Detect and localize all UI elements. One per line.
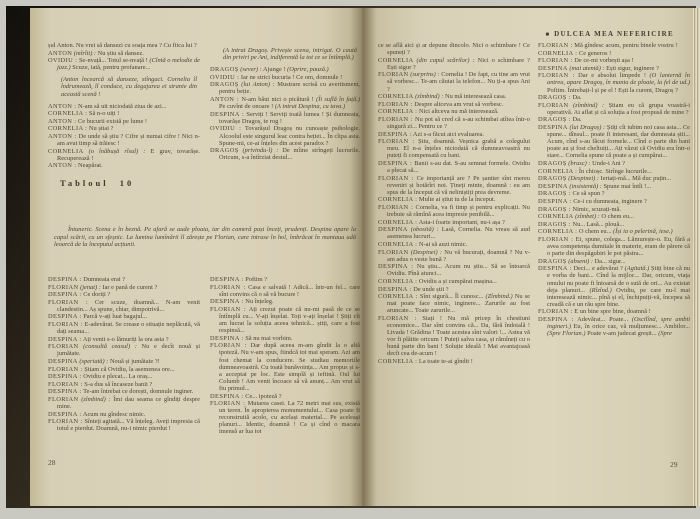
dialogue-line: DESPINA : Nu știu... Acum nu știu... Să … — [378, 263, 530, 277]
dialogue-line: FLORIAN : E-adevărat. Se crease o situaț… — [48, 321, 200, 335]
dialogue-line: DESPINA : Poftim ? — [210, 276, 360, 283]
dialogue-line: FLORIAN : De ce-mi vorbești așa ! — [538, 57, 690, 64]
dialogue-text: Iar e pană de curent ? — [101, 284, 157, 291]
dialogue-text: Scuze, iată, pentru profanare... — [71, 64, 151, 71]
dialogue-text: Da. — [571, 94, 582, 101]
speaker-name: DRAGOȘ — [210, 147, 239, 154]
speaker-name: DESPINA : — [378, 160, 412, 167]
dialogue-line: FLORIAN : Ei, spune, colega... Lămurește… — [538, 236, 690, 257]
dialogue-text: De unde știi ? — [412, 286, 449, 293]
speaker-name: DESPINA : — [48, 291, 82, 298]
speaker-name: CORNELIA : — [378, 293, 418, 300]
dialogue-text: Ce-i cu dumneata, inginere ? — [572, 198, 647, 205]
dialogue-text: Nimic, scuzați-mă. — [571, 206, 621, 213]
dialogue-line: CORNELIA : Nici altceva nu mă intereseaz… — [378, 108, 530, 115]
dialogue-line: DESPINA : Acum nu gîndesc nimic. — [48, 411, 200, 418]
dialogue-line: CORNELIA : Ovidiu a și cumpărat mașina..… — [378, 278, 530, 285]
dialogue-line: DESPINA : De unde știi ? — [378, 286, 530, 293]
speaker-name: DRAGOȘ — [538, 160, 567, 167]
speaker-name: CORNELIA — [48, 148, 84, 155]
dialogue-line: DESPINA : Ce... ipoteză ? — [210, 393, 360, 400]
left-column-1-top: șul Anton. Nu vrei să dansezi cu soața m… — [48, 42, 200, 170]
dialogue-text: Ești sigur, inginere ? — [605, 65, 659, 72]
dialogue-line: FLORIAN : Mutarea casei. La 72 metri mai… — [210, 400, 360, 435]
dialogue-line: CORNELIA : Ce generos ! — [538, 50, 690, 57]
dialogue-text: Ce să spun ? — [571, 190, 605, 197]
dialogue-line: CORNELIA : Multe ai știut tu de la încep… — [378, 196, 530, 203]
dialogue-text: Stați ! Nu mă pricep în chestiuni econom… — [387, 315, 530, 357]
dialogue-text: La toate te-ai gîndit ! — [417, 358, 473, 365]
inline-stage-direction: (mîrîit) : — [74, 50, 96, 57]
dialogue-text: Dar e absolut limpede ! — [575, 72, 650, 79]
dialogue-line: FLORIAN : Știam că Ovidiu, la asemenea o… — [48, 366, 200, 373]
speaker-name: FLORIAN : — [210, 306, 246, 313]
speaker-name: DESPINA : — [210, 298, 244, 305]
dialogue-text: Adevărat... Poate... — [574, 316, 632, 323]
right-page: ■DULCEA MEA NEFERICIRE ce se află aici ș… — [364, 8, 694, 506]
dialogue-line: DESPINA (lui Dragoș) : Știți cît iubim n… — [538, 124, 690, 159]
dialogue-text: Despre altceva am vrut să vorbesc. — [413, 101, 504, 108]
dialogue-line: CORNELIA : O chem eu... (Își ia o peleri… — [538, 228, 690, 235]
book-photo: șul Anton. Nu vrei să dansezi cu soața m… — [0, 0, 700, 519]
speaker-name: FLORIAN : — [538, 236, 573, 243]
dialogue-line: DESPINA : Nu înțeleg. — [210, 298, 360, 305]
dialogue-text: Multe ai știut tu de la început. — [417, 196, 495, 203]
speaker-name: CORNELIA — [378, 93, 414, 100]
dialogue-line: FLORIAN : Cornelia, va fi timp și pentru… — [378, 204, 530, 218]
dialogue-text: Spune mai întîi !... — [602, 183, 651, 190]
dialogue-line: DESPINA : Banii s-au dat. S-au semnat fo… — [378, 160, 530, 174]
dialogue-line: CORNELIA : La toate te-ai gîndit ! — [378, 358, 530, 365]
dialogue-text: Dar după aceea m-am gîndit la o altă ipo… — [219, 342, 360, 392]
dialogue-text: Ovidiu e plecat... La oraș... — [82, 373, 153, 380]
speaker-name: FLORIAN : — [48, 418, 83, 425]
inline-stage-direction: (Îi suflă în față.) — [316, 96, 360, 103]
dialogue-line: ANTON : N-am băut nici o picătură ! (Îi … — [210, 96, 360, 110]
inline-stage-direction: (Spre Florian.) — [547, 330, 585, 337]
dialogue-line: FLORIAN (zîmbind) : Știam eu că grupa vo… — [538, 102, 690, 116]
dialogue-text: Poftim ? — [244, 276, 267, 283]
inline-stage-direction: (Despinei) : — [411, 249, 442, 256]
speaker-name: FLORIAN : — [210, 342, 247, 349]
dialogue-line: CORNELIA (o înăbușă rîsul) : E grav, tov… — [48, 148, 200, 162]
speaker-name: FLORIAN — [48, 284, 79, 291]
dialogue-line: FLORIAN : Mă gîndesc acum, pentru binele… — [538, 42, 690, 49]
dialogue-line: DRAGOȘ : Nimic, scuzați-mă. — [538, 206, 690, 213]
dialogue-line: DRAGOȘ (brusc) : Unde-i Ani ? — [538, 160, 690, 167]
inline-stage-direction: (mai atentă) : — [569, 65, 604, 72]
speaker-name: OVIDIU : — [48, 57, 77, 64]
dialogue-line: DESPINA : Parcă v-ați luat bagajul... — [48, 313, 200, 320]
dialogue-text: Nu mă interesează casa. — [443, 93, 506, 100]
dialogue-text: Ovidiu a și cumpărat mașina... — [417, 278, 497, 285]
speaker-name: FLORIAN — [378, 249, 409, 256]
dialogue-line: DESPINA : Azi s-a făcut aici evaluarea. — [378, 131, 530, 138]
speaker-name: ANTON — [48, 50, 72, 57]
speaker-name: DESPINA — [538, 183, 568, 190]
page-number-left: 28 — [48, 458, 56, 467]
speaker-name: FLORIAN : — [48, 299, 88, 306]
speaker-name: DESPINA : — [538, 198, 572, 205]
dialogue-text: Iar ne strici bucuria ! Ce om, domnule ! — [239, 74, 342, 81]
speaker-name: DRAGOȘ : — [538, 116, 571, 123]
dialogue-line: DRAGOȘ (privindu-l) : De mîine strîngeți… — [210, 147, 360, 161]
dialogue-text: Știam că Ovidiu, la asemenea ore... — [83, 366, 175, 373]
dialogue-line: OVIDIU : Iar ne strici bucuria ! Ce om, … — [210, 74, 360, 81]
speaker-name: DESPINA : — [378, 131, 412, 138]
dialogue-text: O chem eu... — [577, 228, 613, 235]
dialogue-text: S-a dus să încaseze banii ? — [83, 381, 153, 388]
inline-stage-direction: (brusc) : — [568, 160, 590, 167]
dialogue-text: Să n-o uiți ! — [87, 110, 119, 117]
dialogue-line: ANTON : Neapărat. — [48, 162, 200, 169]
speaker-name: DRAGOȘ — [538, 258, 567, 265]
speaker-name: DESPINA : — [538, 316, 574, 323]
speaker-name: FLORIAN : — [48, 381, 83, 388]
speaker-name: CORNELIA : — [378, 278, 417, 285]
dialogue-text: Poftim. Întrebați-l și pe el ! Ești la c… — [547, 87, 678, 94]
dialogue-text: Parcă v-ați luat bagajul... — [82, 313, 147, 320]
dialogue-text: Azi s-a făcut aici evaluarea. — [412, 131, 484, 138]
dialogue-text: Iertați-mă... Mă duc puțin... — [599, 175, 671, 182]
dialogue-line: FLORIAN : Despre altceva am vrut să vorb… — [378, 101, 530, 108]
speaker-name: CORNELIA : — [378, 358, 417, 365]
inline-stage-direction: (lui Dragoș) : — [570, 124, 606, 131]
dialogue-line: DRAGOȘ (lui Anton) : Mustrare scrisă cu … — [210, 81, 360, 95]
speaker-name: DESPINA : — [378, 263, 413, 270]
speaker-name: DESPINA : — [48, 313, 82, 320]
dialogue-line: FLORIAN : S-a dus să încaseze banii ? — [48, 381, 200, 388]
dialogue-line: FLORIAN : E un bine spre bine, doamnă ! — [538, 308, 690, 315]
dialogue-line: FLORIAN : Dar e absolut limpede ! (O lan… — [538, 72, 690, 93]
dialogue-line: FLORIAN : Dar după aceea m-am gîndit la … — [210, 342, 360, 392]
dialogue-text: Ce bucurii există pe lume ! — [76, 118, 147, 125]
dialogue-line: DESPINA (mai atentă) : Ești sigur, ingin… — [538, 65, 690, 72]
inline-stage-direction: (A intrat Despina, cu tava.) — [275, 103, 345, 110]
dialogue-line: FLORIAN : Nu pot să cred că s-au schimba… — [378, 116, 530, 130]
speaker-name: DESPINA : — [48, 336, 82, 343]
dialogue-line: CORNELIA (zîmbind) : Nu mă interesează c… — [378, 93, 530, 100]
speaker-name: FLORIAN — [48, 396, 79, 403]
dialogue-line: FLORIAN (zîmbind) : Îmi dau seama ce gîn… — [48, 396, 200, 410]
dialogue-line: DESPINA : Ce-i cu dumneata, inginere ? — [538, 198, 690, 205]
dialogue-line: FLORIAN : Ce importanță are ? Pe șantier… — [378, 175, 530, 196]
dialogue-text: Deci... e adevărat ? — [572, 265, 625, 272]
dialogue-line: CORNELIA : Nu știai ? — [48, 125, 200, 132]
speaker-name: DESPINA : — [48, 373, 82, 380]
inline-stage-direction: (absent) : — [568, 258, 593, 265]
dialogue-text: Dumneata erai ? — [82, 276, 125, 283]
speaker-name: FLORIAN : — [538, 72, 575, 79]
inline-stage-direction: (zîmbind) : — [415, 93, 443, 100]
inline-stage-direction: (A intrat Dragoș. Privește scena, intrig… — [223, 47, 357, 61]
right-column-1: ce se află aici și ar depune dincolo. Ni… — [378, 42, 530, 366]
dialogue-text: Nu știu să dansez. — [96, 50, 144, 57]
dialogue-text: Nu știai ? — [87, 125, 113, 132]
dialogue-text: Te-am întrebat ce dorești, domnule ingin… — [82, 388, 194, 395]
dialogue-text: Mă gîndesc acum, pentru binele vostru ! — [573, 42, 678, 49]
dialogue-line: FLORIAN (Despinei) : Nu vă bucurați, doa… — [378, 249, 530, 263]
dialogue-text: Nouă și jumătate ?! — [108, 358, 159, 365]
speaker-name: DESPINA : — [48, 276, 82, 283]
dialogue-text: Să nu mai vorbim. — [244, 335, 293, 342]
dialogue-text: șul Anton. Nu vrei să dansezi cu soața m… — [48, 42, 197, 49]
dialogue-line: DRAGOȘ : Da. — [538, 116, 690, 123]
speaker-name: FLORIAN : — [378, 204, 413, 211]
stage-direction: (A intrat Dragoș. Privește scena, intrig… — [210, 47, 360, 61]
speaker-name: DESPINA : — [210, 393, 244, 400]
dialogue-text: Eu, în orice caz, vă mulțumesc... Ambilo… — [571, 323, 690, 330]
speaker-name: DESPINA : — [210, 111, 244, 118]
dialogue-line: FLORIAN : Știu, doamnă. Veșnica grabă a … — [378, 138, 530, 159]
dialogue-text: Se-nvață... Totul se-nvață ! — [77, 57, 149, 64]
left-column-1-bottom: DESPINA : Dumneata erai ?FLORIAN (jenat)… — [48, 276, 200, 433]
speaker-name: DESPINA : — [48, 388, 82, 395]
dialogue-text: Unde-i Ani ? — [590, 160, 625, 167]
dialogue-text: Ce generos ! — [577, 50, 611, 57]
dialogue-text: Asta-i foarte important, nu-i așa ? — [417, 219, 505, 226]
speaker-name: DESPINA : — [538, 265, 572, 272]
speaker-name: DESPINA — [538, 124, 568, 131]
dialogue-line: FLORIAN : Casa e salvată ! Adică... într… — [210, 284, 360, 298]
inline-stage-direction: (zîmbind) : — [573, 102, 604, 109]
inline-stage-direction: (insistentă) : — [569, 183, 601, 190]
right-column-2: FLORIAN : Mă gîndesc acum, pentru binele… — [538, 42, 690, 338]
dialogue-line: FLORIAN (jenat) : Iar e pană de curent ? — [48, 284, 200, 291]
speaker-name: CORNELIA — [538, 213, 574, 220]
inline-stage-direction: (lui Anton) : — [241, 81, 274, 88]
speaker-name: FLORIAN : — [538, 57, 573, 64]
dialogue-text: Ați venit s-o lămuriți la ora asta ? — [82, 336, 169, 343]
speaker-name: DESPINA : — [48, 411, 82, 418]
dialogue-line: ANTON (mîrîit) : Nu știu să dansez. — [48, 50, 200, 57]
dialogue-text: E un bine spre bine, doamnă ! — [573, 308, 651, 315]
act-intro-stage-direction: Întuneric. Scena e în beznă. Pe afară se… — [54, 226, 356, 248]
speaker-name: FLORIAN : — [378, 116, 413, 123]
dialogue-text: N-ai să auzi nimic. — [417, 241, 467, 248]
dialogue-text: Nu înțeleg. — [244, 298, 274, 305]
speaker-name: FLORIAN : — [210, 284, 246, 291]
inline-stage-direction: (speriată) : — [79, 358, 108, 365]
speaker-name: CORNELIA : — [48, 125, 87, 132]
dialogue-line: OVIDIU : Se-nvață... Totul se-nvață ! (C… — [48, 57, 200, 71]
speaker-name: DRAGOȘ — [538, 175, 567, 182]
dialogue-line: FLORIAN (consultă ceasul) : Nu e decît n… — [48, 343, 200, 357]
inline-stage-direction: (Anton încearcă să danseze, stîngaci. Co… — [61, 76, 197, 97]
inline-stage-direction: (Agitată.) — [625, 265, 650, 272]
dialogue-line: DESPINA : Serviți ! Serviți toată lumea … — [210, 111, 360, 125]
dialogue-text: Nu... Lasă... plouă... — [571, 221, 624, 228]
speaker-name: FLORIAN : — [48, 321, 83, 328]
speaker-name: FLORIAN — [538, 102, 569, 109]
dialogue-line: FLORIAN : Ați crezut poate că nu-mi pasă… — [210, 306, 360, 334]
page-number-right: 29 — [670, 460, 678, 469]
dialogue-line: DESPINA : Dumneata erai ? — [48, 276, 200, 283]
dialogue-line: CORNELIA : N-ai să auzi nimic. — [378, 241, 530, 248]
speaker-name: ANTON : — [48, 103, 76, 110]
inline-stage-direction: (din capul scărilor) : — [417, 57, 475, 64]
speaker-name: FLORIAN : — [538, 42, 573, 49]
dialogue-line: ANTON : N-am să uit niciodată ziua de az… — [48, 103, 200, 110]
speaker-name: CORNELIA : — [48, 110, 87, 117]
speaker-name: CORNELIA : — [378, 108, 417, 115]
speaker-name: CORNELIA — [378, 57, 414, 64]
scene-heading: Tabloul 10 — [60, 178, 134, 188]
page-stack-edges — [693, 8, 700, 506]
dialogue-line: ANTON : Ce bucurii există pe lume ! — [48, 118, 200, 125]
dialogue-line: CORNELIA : Asta-i foarte important, nu-i… — [378, 219, 530, 226]
dialogue-text: Poate v-am judecat greșit... — [585, 330, 658, 337]
dialogue-line: DRAGOȘ (Despinei) : Iertați-mă... Mă duc… — [538, 175, 690, 182]
speaker-name: DRAGOȘ : — [538, 221, 571, 228]
speaker-name: ANTON : — [48, 118, 76, 125]
inline-stage-direction: (consultă ceasul) : — [83, 343, 137, 350]
dialogue-text: ce se află aici și ar depune dincolo. Ni… — [378, 42, 530, 56]
speaker-name: DRAGOȘ : — [538, 206, 571, 213]
left-column-2-bottom: DESPINA : Poftim ?FLORIAN : Casa e salva… — [210, 276, 360, 436]
dialogue-text: Acum nu gîndesc nimic. — [82, 411, 146, 418]
dialogue-line: DRAGOȘ (sever) : Ajunge ! (Oprire, pauză… — [210, 66, 360, 73]
dialogue-text: Ce doriți ? — [82, 291, 111, 298]
speaker-name: DESPINA : — [378, 286, 412, 293]
dialogue-line: DESPINA (insistentă) : Spune mai întîi !… — [538, 183, 690, 190]
inline-stage-direction: (surprins) : — [410, 71, 439, 78]
dialogue-line: ANTON : De unde să știu ? Cifre și numai… — [48, 133, 200, 147]
speaker-name: DRAGOȘ — [210, 66, 239, 73]
inline-stage-direction: (privindu-l) : — [243, 147, 279, 154]
dialogue-text: În chioșc. Strînge lucrurile... — [577, 168, 652, 175]
dialogue-text: N-am băut nici o picătură ! — [239, 96, 316, 103]
left-column-2-top: (A intrat Dragoș. Privește scena, intrig… — [210, 42, 360, 162]
inline-stage-direction: (Își ia o pelerină, iese.) — [613, 228, 673, 235]
dialogue-line: DESPINA : Să nu mai vorbim. — [210, 335, 360, 342]
dialogue-line: DRAGOȘ : Nu... Lasă... plouă... — [538, 221, 690, 228]
dialogue-text: De unde să știu ? Cifre și numai cifre !… — [57, 133, 200, 147]
dialogue-line: DESPINA (obosită) : Lasă, Cornelia. Nu v… — [378, 226, 530, 240]
speaker-name: FLORIAN : — [538, 308, 573, 315]
inline-stage-direction: (zîmbet) : — [575, 213, 600, 220]
speaker-name: FLORIAN : — [378, 175, 414, 182]
speaker-name: DRAGOȘ — [210, 81, 239, 88]
speaker-name: DRAGOȘ : — [538, 190, 571, 197]
speaker-name: CORNELIA : — [378, 196, 417, 203]
dialogue-line: DESPINA : Te-am întrebat ce dorești, dom… — [48, 388, 200, 395]
dialogue-line: DESPINA : Ce doriți ? — [48, 291, 200, 298]
dialogue-text: N-am să uit niciodată ziua de azi... — [76, 103, 166, 110]
speaker-name: CORNELIA : — [538, 228, 577, 235]
continuation-text: ce se află aici și ar depune dincolo. Ni… — [378, 42, 530, 56]
speaker-name: FLORIAN : — [378, 315, 417, 322]
speaker-name: CORNELIA : — [378, 219, 417, 226]
dialogue-text: Ce... ipoteză ? — [244, 393, 282, 400]
dialogue-text: Da... sigur... — [593, 258, 626, 265]
header-bullet-icon: ■ — [546, 32, 550, 38]
stage-direction: (Anton încearcă să danseze, stîngaci. Co… — [48, 76, 200, 97]
speaker-name: OVIDIU : — [210, 74, 239, 81]
dialogue-text: Neapărat. — [76, 162, 102, 169]
inline-stage-direction: (o înăbușă rîsul) : — [89, 148, 146, 155]
dialogue-line: CORNELIA : Să n-o uiți ! — [48, 110, 200, 117]
dialogue-line: CORNELIA (din capul scărilor) : Nici o s… — [378, 57, 530, 71]
speaker-name: ANTON : — [48, 162, 76, 169]
inline-stage-direction: (Rîzînd.) — [590, 287, 612, 294]
dialogue-line: FLORIAN : Stați ! Nu mă pricep în chesti… — [378, 315, 530, 358]
speaker-name: ANTON : — [210, 96, 239, 103]
dialogue-line: DESPINA : Ovidiu e plecat... La oraș... — [48, 373, 200, 380]
dialogue-line: CORNELIA (zîmbet) : O chem eu... — [538, 213, 690, 220]
speaker-name: OVIDIU : — [210, 125, 241, 132]
dialogue-text: Pe cuvînt de onoare ! — [219, 103, 275, 110]
inline-stage-direction: (Despinei) : — [568, 175, 599, 182]
speaker-name: DESPINA : — [210, 335, 244, 342]
inline-stage-direction: (Spre — [658, 330, 672, 337]
speaker-name: DRAGOȘ : — [538, 94, 571, 101]
speaker-name: FLORIAN : — [48, 366, 83, 373]
dialogue-line: DESPINA : Adevărat... Poate... (Oscilînd… — [538, 316, 690, 337]
speaker-name: CORNELIA : — [538, 168, 577, 175]
speaker-name: CORNELIA : — [378, 241, 417, 248]
speaker-name: DESPINA : — [210, 276, 244, 283]
dialogue-text: De ce-mi vorbești așa ! — [573, 57, 634, 64]
speaker-name: CORNELIA : — [538, 50, 577, 57]
speaker-name: FLORIAN — [48, 343, 79, 350]
speaker-name: DESPINA — [48, 358, 78, 365]
running-header: ■DULCEA MEA NEFERICIRE — [546, 30, 675, 38]
dialogue-line: FLORIAN (surprins) : Cornelia ! De fapt,… — [378, 71, 530, 92]
running-header-title: DULCEA MEA NEFERICIRE — [554, 30, 674, 38]
dialogue-line: CORNELIA : Sînt sigură... Îl cunosc... (… — [378, 293, 530, 314]
dialogue-text: Tovarășul Dragoș nu cunoaște psihologie.… — [219, 125, 360, 146]
speaker-name: FLORIAN — [378, 71, 409, 78]
speaker-name: ANTON : — [48, 133, 77, 140]
dialogue-text: Ajunge ! — [262, 66, 287, 73]
dialogue-text: Sînt sigură... Îl cunosc... — [418, 293, 486, 300]
dialogue-line: FLORIAN : Sînteți agitată... Vă înțeleg.… — [48, 418, 200, 432]
dialogue-line: CORNELIA : În chioșc. Strînge lucrurile.… — [538, 168, 690, 175]
speaker-name: DESPINA — [378, 226, 408, 233]
dialogue-text: O chem eu... — [600, 213, 634, 220]
inline-stage-direction: (sever) : — [240, 66, 261, 73]
dialogue-text: Da. — [571, 116, 582, 123]
continuation-text: șul Anton. Nu vrei să dansezi cu soața m… — [48, 42, 200, 49]
inline-stage-direction: (obosită) : — [411, 226, 439, 233]
dialogue-text: Nici altceva nu mă interesează. — [417, 108, 498, 115]
speaker-name: FLORIAN : — [378, 138, 415, 145]
dialogue-line: DESPINA (speriată) : Nouă și jumătate ?! — [48, 358, 200, 365]
inline-stage-direction: (Oprire, pauză.) — [287, 66, 328, 73]
dialogue-line: OVIDIU : Tovarășul Dragoș nu cunoaște ps… — [210, 125, 360, 146]
speaker-name: DESPINA — [538, 65, 568, 72]
inline-stage-direction: (Zîmbind.) — [485, 293, 512, 300]
speaker-name: FLORIAN : — [378, 101, 413, 108]
dialogue-line: DRAGOȘ : Da. — [538, 94, 690, 101]
dialogue-line: DRAGOȘ (absent) : Da... sigur... — [538, 258, 690, 265]
dialogue-line: DESPINA : Deci... e adevărat ? (Agitată.… — [538, 265, 690, 308]
dialogue-line: DESPINA : Ați venit s-o lămuriți la ora … — [48, 336, 200, 343]
dialogue-line: FLORIAN : Cer scuze, doamnă... N-am veni… — [48, 299, 200, 313]
left-page: șul Anton. Nu vrei să dansezi cu soața m… — [30, 8, 364, 506]
inline-stage-direction: (jenat) : — [80, 284, 101, 291]
inline-stage-direction: (zîmbind) : — [81, 396, 110, 403]
dialogue-line: DRAGOȘ : Ce să spun ? — [538, 190, 690, 197]
